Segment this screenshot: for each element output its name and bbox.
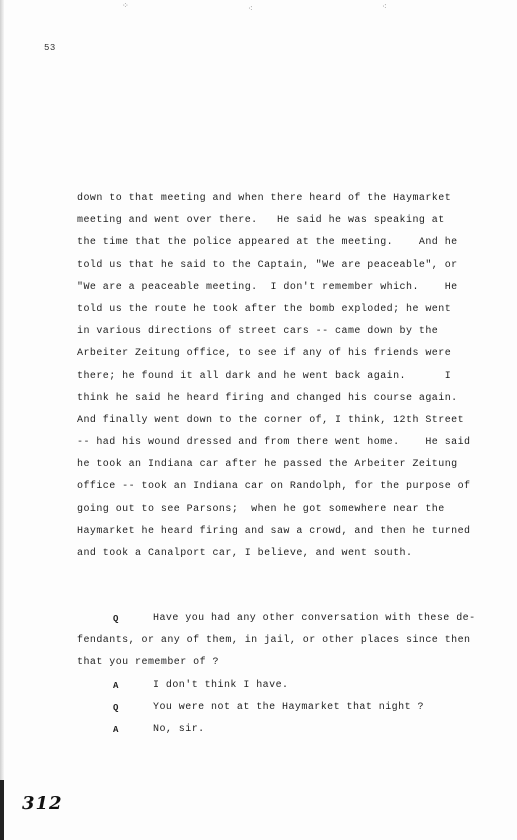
answer-text: I don't think I have. (153, 679, 288, 701)
question-answer-section: Q Have you had any other conversation wi… (77, 612, 517, 745)
scan-artifact: ⁖ (382, 4, 387, 12)
text-line: in various directions of street cars -- … (77, 325, 517, 347)
answer-text: No, sir. (153, 723, 205, 745)
question-continuation: that you remember of ? (77, 656, 517, 678)
question-text: Have you had any other conversation with… (153, 612, 476, 634)
answer-line: A I don't think I have. (77, 679, 517, 701)
answer-marker: A (77, 679, 153, 701)
text-line: meeting and went over there. He said he … (77, 214, 517, 236)
testimony-paragraph: down to that meeting and when there hear… (77, 192, 517, 569)
text-line: he took an Indiana car after he passed t… (77, 458, 517, 480)
question-line: Q You were not at the Haymarket that nig… (77, 701, 517, 723)
text-line: And finally went down to the corner of, … (77, 414, 517, 436)
scan-artifact: ⁘ (122, 3, 129, 11)
question-marker: Q (77, 701, 153, 723)
page-number: 53 (44, 43, 56, 53)
question-continuation: fendants, or any of them, in jail, or ot… (77, 634, 517, 656)
text-line: office -- took an Indiana car on Randolp… (77, 480, 517, 502)
scan-edge-dark (0, 780, 4, 840)
answer-marker: A (77, 723, 153, 745)
text-line: there; he found it all dark and he went … (77, 370, 517, 392)
question-text: fendants, or any of them, in jail, or ot… (77, 634, 471, 656)
question-marker: Q (77, 612, 153, 634)
scan-edge (0, 0, 4, 840)
text-line: told us that he said to the Captain, "We… (77, 259, 517, 281)
text-line: think he said he heard firing and change… (77, 392, 517, 414)
text-line: down to that meeting and when there hear… (77, 192, 517, 214)
text-line: Haymarket he heard firing and saw a crow… (77, 525, 517, 547)
scan-artifact: ⁖ (248, 6, 253, 14)
text-line: -- had his wound dressed and from there … (77, 436, 517, 458)
text-line: and took a Canalport car, I believe, and… (77, 547, 517, 569)
text-line: told us the route he took after the bomb… (77, 303, 517, 325)
question-text: that you remember of ? (77, 656, 219, 678)
document-page: ⁘ ⁖ ⁖ 53 down to that meeting and when t… (0, 0, 517, 840)
answer-line: A No, sir. (77, 723, 517, 745)
text-line: going out to see Parsons; when he got so… (77, 503, 517, 525)
question-text: You were not at the Haymarket that night… (153, 701, 424, 723)
handwritten-folio-number: 312 (22, 793, 63, 814)
text-line: Arbeiter Zeitung office, to see if any o… (77, 347, 517, 369)
text-line: the time that the police appeared at the… (77, 236, 517, 258)
text-line: "We are a peaceable meeting. I don't rem… (77, 281, 517, 303)
question-line: Q Have you had any other conversation wi… (77, 612, 517, 634)
